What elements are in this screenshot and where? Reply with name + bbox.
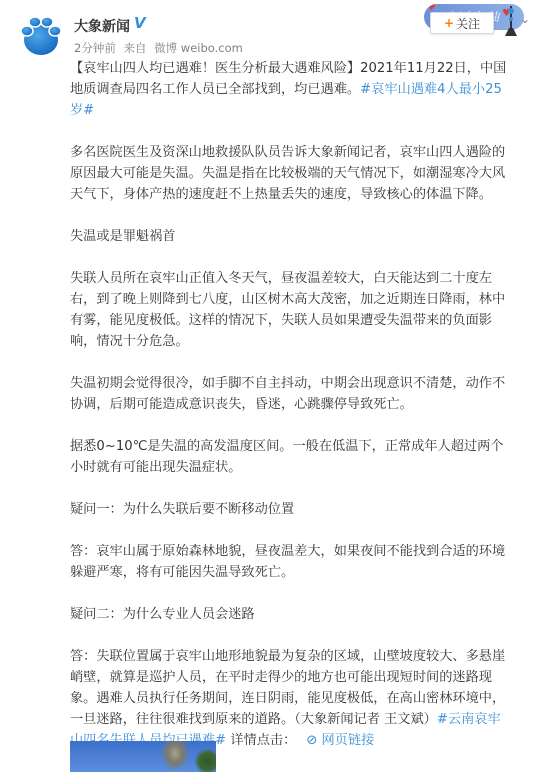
- tree-graphic: [160, 741, 190, 772]
- post-meta: 2分钟前 来自 微博 weibo.com: [74, 40, 247, 56]
- question-heading: 疑问二：为什么专业人员会迷路: [70, 604, 510, 625]
- follow-label: 关注: [456, 15, 480, 32]
- paragraph: 多名医院医生及资深山地救援队队员告诉大象新闻记者，哀牢山四人遇险的原因最大可能是…: [70, 142, 510, 205]
- section-heading: 失温或是罪魁祸首: [70, 226, 510, 247]
- post-image[interactable]: [70, 741, 216, 772]
- tower-icon: [505, 6, 517, 36]
- chevron-down-icon[interactable]: ⌄: [520, 12, 530, 26]
- question-heading: 疑问一：为什么失联后要不断移动位置: [70, 499, 510, 520]
- paragraph: 答：失联位置属于哀牢山地形地貌最为复杂的区域，山壁坡度较大、多悬崖峭壁，就算是巡…: [70, 646, 510, 751]
- post-source[interactable]: 微博 weibo.com: [154, 41, 243, 55]
- follow-button[interactable]: + 关注: [430, 12, 494, 34]
- verified-icon: V: [134, 14, 146, 32]
- post-time[interactable]: 2分钟前: [74, 41, 116, 55]
- username[interactable]: 大象新闻: [74, 16, 130, 36]
- paragraph: 【哀牢山四人均已遇难！医生分析最大遇难风险】2021年11月22日，中国地质调查…: [70, 58, 510, 121]
- source-prefix: 来自: [123, 41, 146, 55]
- paragraph: 失温初期会觉得很冷，如手脚不自主抖动，中期会出现意识不清楚，动作不协调，后期可能…: [70, 373, 510, 415]
- foliage-graphic: [195, 749, 216, 772]
- web-link[interactable]: 网页链接: [322, 733, 375, 748]
- avatar[interactable]: [18, 12, 64, 58]
- paragraph: 据悉0~10℃是失温的高发温度区间。一般在低温下，正常成年人超过两个小时就有可能…: [70, 436, 510, 478]
- paragraph: 答：哀牢山属于原始森林地貌，昼夜温差大，如果夜间不能找到合适的环境躲避严寒，将有…: [70, 541, 510, 583]
- link-icon: ⊘: [306, 733, 317, 748]
- detail-label: 详情点击：: [226, 733, 296, 748]
- paragraph: 失联人员所在哀牢山正值入冬天气，昼夜温差较大，白天能达到二十度左右，到了晚上则降…: [70, 268, 510, 352]
- post-content: 【哀牢山四人均已遇难！医生分析最大遇难风险】2021年11月22日，中国地质调查…: [70, 58, 510, 772]
- plus-icon: +: [444, 16, 454, 30]
